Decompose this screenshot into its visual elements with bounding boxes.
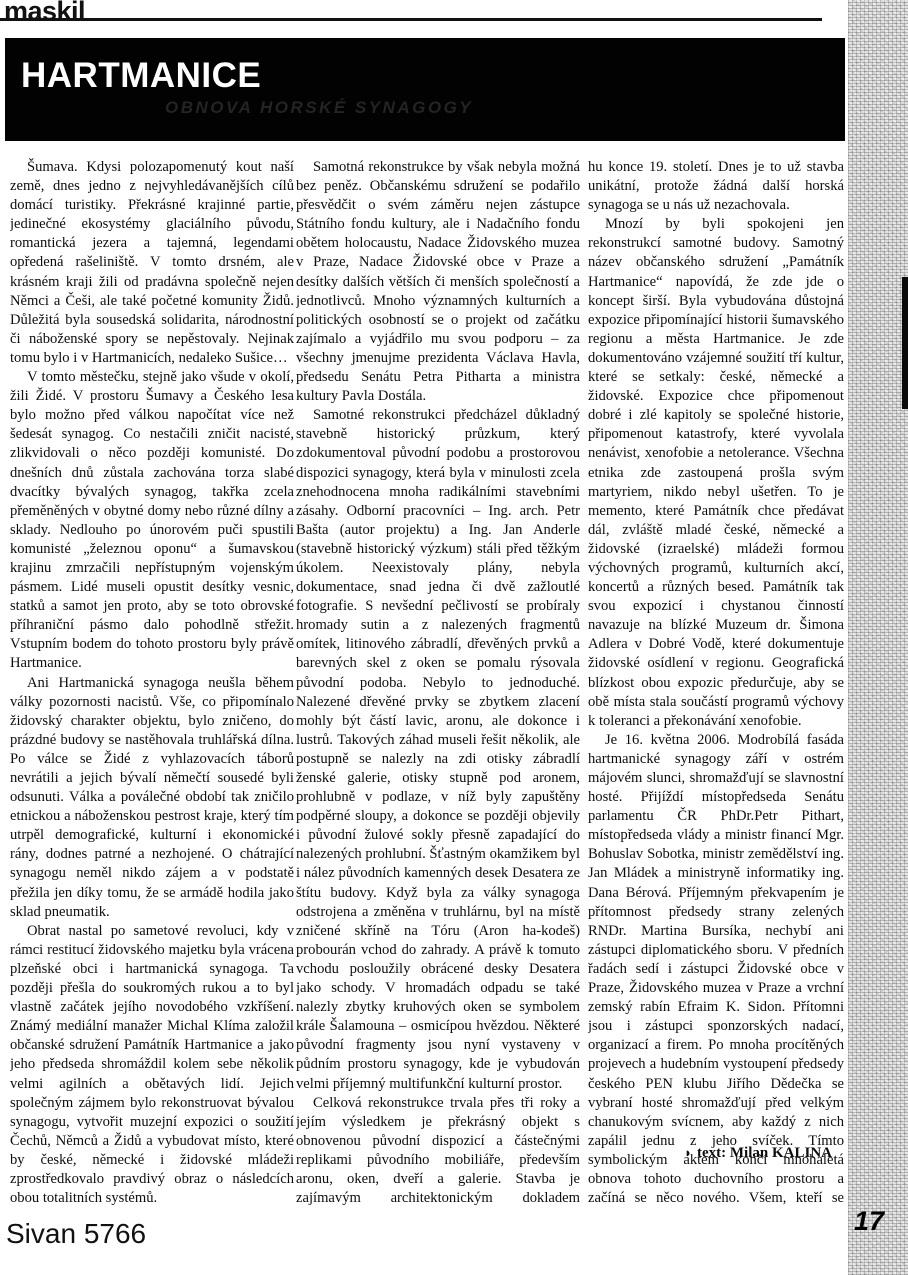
text-column-2: Samotná rekonstrukce by však nebyla možn… — [296, 158, 580, 1210]
text-column-1: Šumava. Kdysi polozapomenutý kout naší z… — [10, 158, 294, 1210]
byline-text: text: Milan KALINA — [697, 1145, 832, 1161]
masthead-rule — [0, 18, 822, 21]
paragraph: Samotné rekonstrukci předcházel důkladný… — [296, 406, 580, 1093]
paragraph: Celková rekonstrukce trvala přes tři rok… — [296, 1094, 580, 1210]
magazine-page: maskil HARTMANICE OBNOVA HORSKÉ SYNAGOGY… — [0, 0, 908, 1275]
byline-bullet-icon: ◗ — [684, 1145, 692, 1160]
page-number: 17 — [854, 1206, 884, 1237]
page-subtitle: OBNOVA HORSKÉ SYNAGOGY — [165, 98, 845, 118]
paragraph: hu konce 19. století. Dnes je to už stav… — [588, 158, 844, 215]
paragraph: Obrat nastal po sametové revoluci, kdy v… — [10, 922, 294, 1208]
paragraph: Samotná rekonstrukce by však nebyla možn… — [296, 158, 580, 406]
scan-edge-bar — [902, 277, 908, 409]
paragraph: Je 16. května 2006. Modrobílá fasáda har… — [588, 731, 844, 1210]
paragraph: Mnozí by byli spokojeni jen rekonstrukcí… — [588, 215, 844, 731]
paragraph: Šumava. Kdysi polozapomenutý kout naší z… — [10, 158, 294, 368]
page-title: HARTMANICE — [5, 38, 845, 96]
scan-noise-strip — [848, 0, 908, 1275]
title-banner: HARTMANICE OBNOVA HORSKÉ SYNAGOGY — [5, 38, 845, 141]
masthead-logo: maskil — [4, 0, 85, 27]
issue-label: Sivan 5766 — [6, 1218, 146, 1250]
paragraph: V tomto městečku, stejně jako všude v ok… — [10, 368, 294, 674]
text-column-3: hu konce 19. století. Dnes je to už stav… — [588, 158, 844, 1210]
paragraph: Ani Hartmanická synagoga neušla během vá… — [10, 674, 294, 922]
byline: ◗text: Milan KALINA — [588, 1145, 832, 1162]
